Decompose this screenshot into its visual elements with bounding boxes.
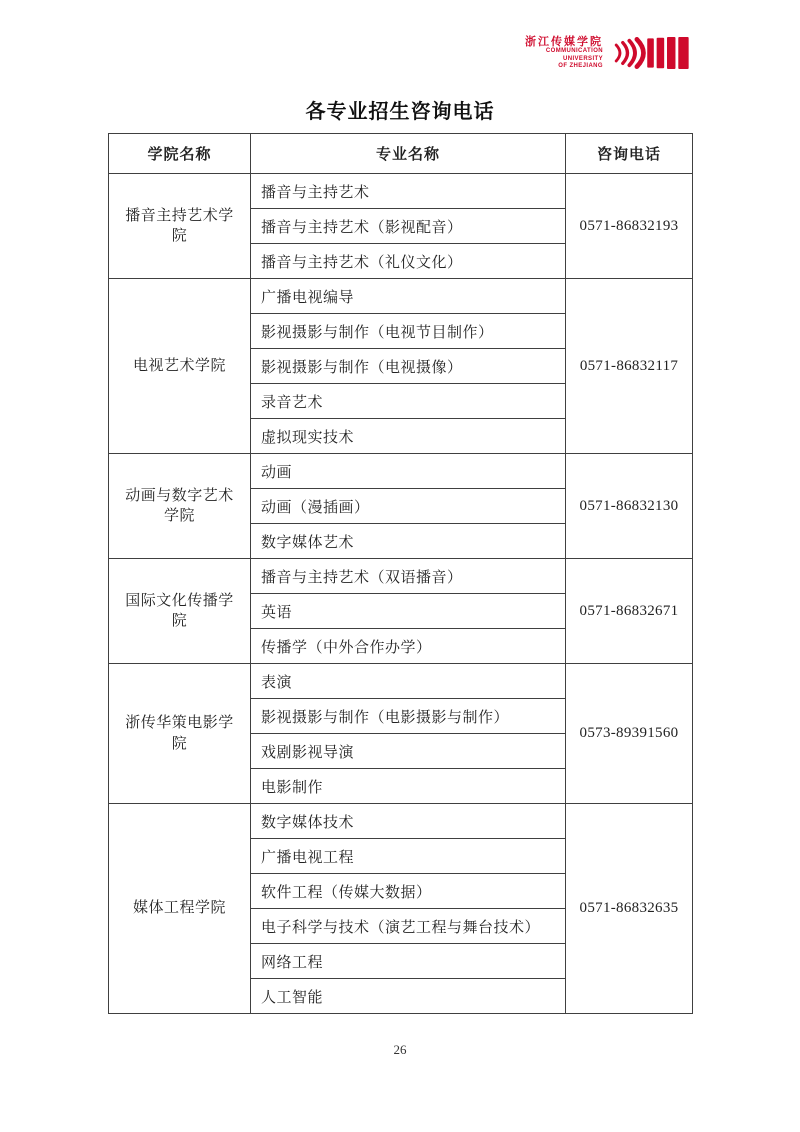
logo-bars <box>647 37 688 69</box>
major-name: 播音与主持艺术（影视配音） <box>251 209 566 244</box>
logo-text-block: 浙江传媒学院 COMMUNICATION UNIVERSITY OF ZHEJI… <box>525 36 603 71</box>
major-name: 播音与主持艺术（礼仪文化） <box>251 244 566 279</box>
logo-en-line: UNIVERSITY <box>563 56 603 64</box>
table-row: 电视艺术学院 广播电视编导 0571-86832117 <box>109 279 693 314</box>
major-name: 表演 <box>251 664 566 699</box>
major-name: 电子科学与技术（演艺工程与舞台技术） <box>251 909 566 944</box>
major-name: 网络工程 <box>251 944 566 979</box>
major-name: 传播学（中外合作办学） <box>251 629 566 664</box>
college-name: 动画与数字艺术学院 <box>109 454 251 559</box>
phone-number: 0573-89391560 <box>566 664 693 804</box>
college-name: 播音主持艺术学院 <box>109 174 251 279</box>
phone-number: 0571-86832117 <box>566 279 693 454</box>
college-name: 媒体工程学院 <box>109 804 251 1014</box>
table-header-row: 学院名称 专业名称 咨询电话 <box>109 134 693 174</box>
document-page: 浙江传媒学院 COMMUNICATION UNIVERSITY OF ZHEJI… <box>0 0 800 1132</box>
major-name: 戏剧影视导演 <box>251 734 566 769</box>
major-name: 录音艺术 <box>251 384 566 419</box>
major-name: 人工智能 <box>251 979 566 1014</box>
major-name: 英语 <box>251 594 566 629</box>
page-title: 各专业招生咨询电话 <box>0 95 800 124</box>
table-row: 动画与数字艺术学院 动画 0571-86832130 <box>109 454 693 489</box>
major-name: 动画（漫插画） <box>251 489 566 524</box>
phone-number: 0571-86832635 <box>566 804 693 1014</box>
university-logo: 浙江传媒学院 COMMUNICATION UNIVERSITY OF ZHEJI… <box>525 36 692 71</box>
major-name: 影视摄影与制作（电影摄影与制作） <box>251 699 566 734</box>
major-name: 广播电视编导 <box>251 279 566 314</box>
phone-number: 0571-86832130 <box>566 454 693 559</box>
phone-number: 0571-86832193 <box>566 174 693 279</box>
college-name: 浙传华策电影学院 <box>109 664 251 804</box>
table-row: 国际文化传播学院 播音与主持艺术（双语播音） 0571-86832671 <box>109 559 693 594</box>
phone-number: 0571-86832671 <box>566 559 693 664</box>
page-number: 26 <box>0 1042 800 1058</box>
table-row: 播音主持艺术学院 播音与主持艺术 0571-86832193 <box>109 174 693 209</box>
logo-en-line: OF ZHEJIANG <box>558 63 603 71</box>
major-name: 动画 <box>251 454 566 489</box>
major-name: 播音与主持艺术 <box>251 174 566 209</box>
major-name: 数字媒体艺术 <box>251 524 566 559</box>
soundwave-logo-icon <box>610 37 692 69</box>
logo-arcs <box>616 40 643 67</box>
university-name-english: COMMUNICATION UNIVERSITY OF ZHEJIANG <box>546 48 603 71</box>
college-name: 电视艺术学院 <box>109 279 251 454</box>
column-header-college: 学院名称 <box>109 134 251 174</box>
major-name: 数字媒体技术 <box>251 804 566 839</box>
major-name: 影视摄影与制作（电视节目制作） <box>251 314 566 349</box>
university-name-chinese: 浙江传媒学院 <box>525 36 603 48</box>
major-name: 虚拟现实技术 <box>251 419 566 454</box>
major-name: 广播电视工程 <box>251 839 566 874</box>
table-row: 媒体工程学院 数字媒体技术 0571-86832635 <box>109 804 693 839</box>
major-name: 播音与主持艺术（双语播音） <box>251 559 566 594</box>
major-name: 电影制作 <box>251 769 566 804</box>
college-name: 国际文化传播学院 <box>109 559 251 664</box>
table-row: 浙传华策电影学院 表演 0573-89391560 <box>109 664 693 699</box>
logo-en-line: COMMUNICATION <box>546 48 603 56</box>
column-header-phone: 咨询电话 <box>566 134 693 174</box>
consultation-phone-table: 学院名称 专业名称 咨询电话 播音主持艺术学院 播音与主持艺术 0571-868… <box>108 133 693 1014</box>
major-name: 影视摄影与制作（电视摄像） <box>251 349 566 384</box>
major-name: 软件工程（传媒大数据） <box>251 874 566 909</box>
column-header-major: 专业名称 <box>251 134 566 174</box>
